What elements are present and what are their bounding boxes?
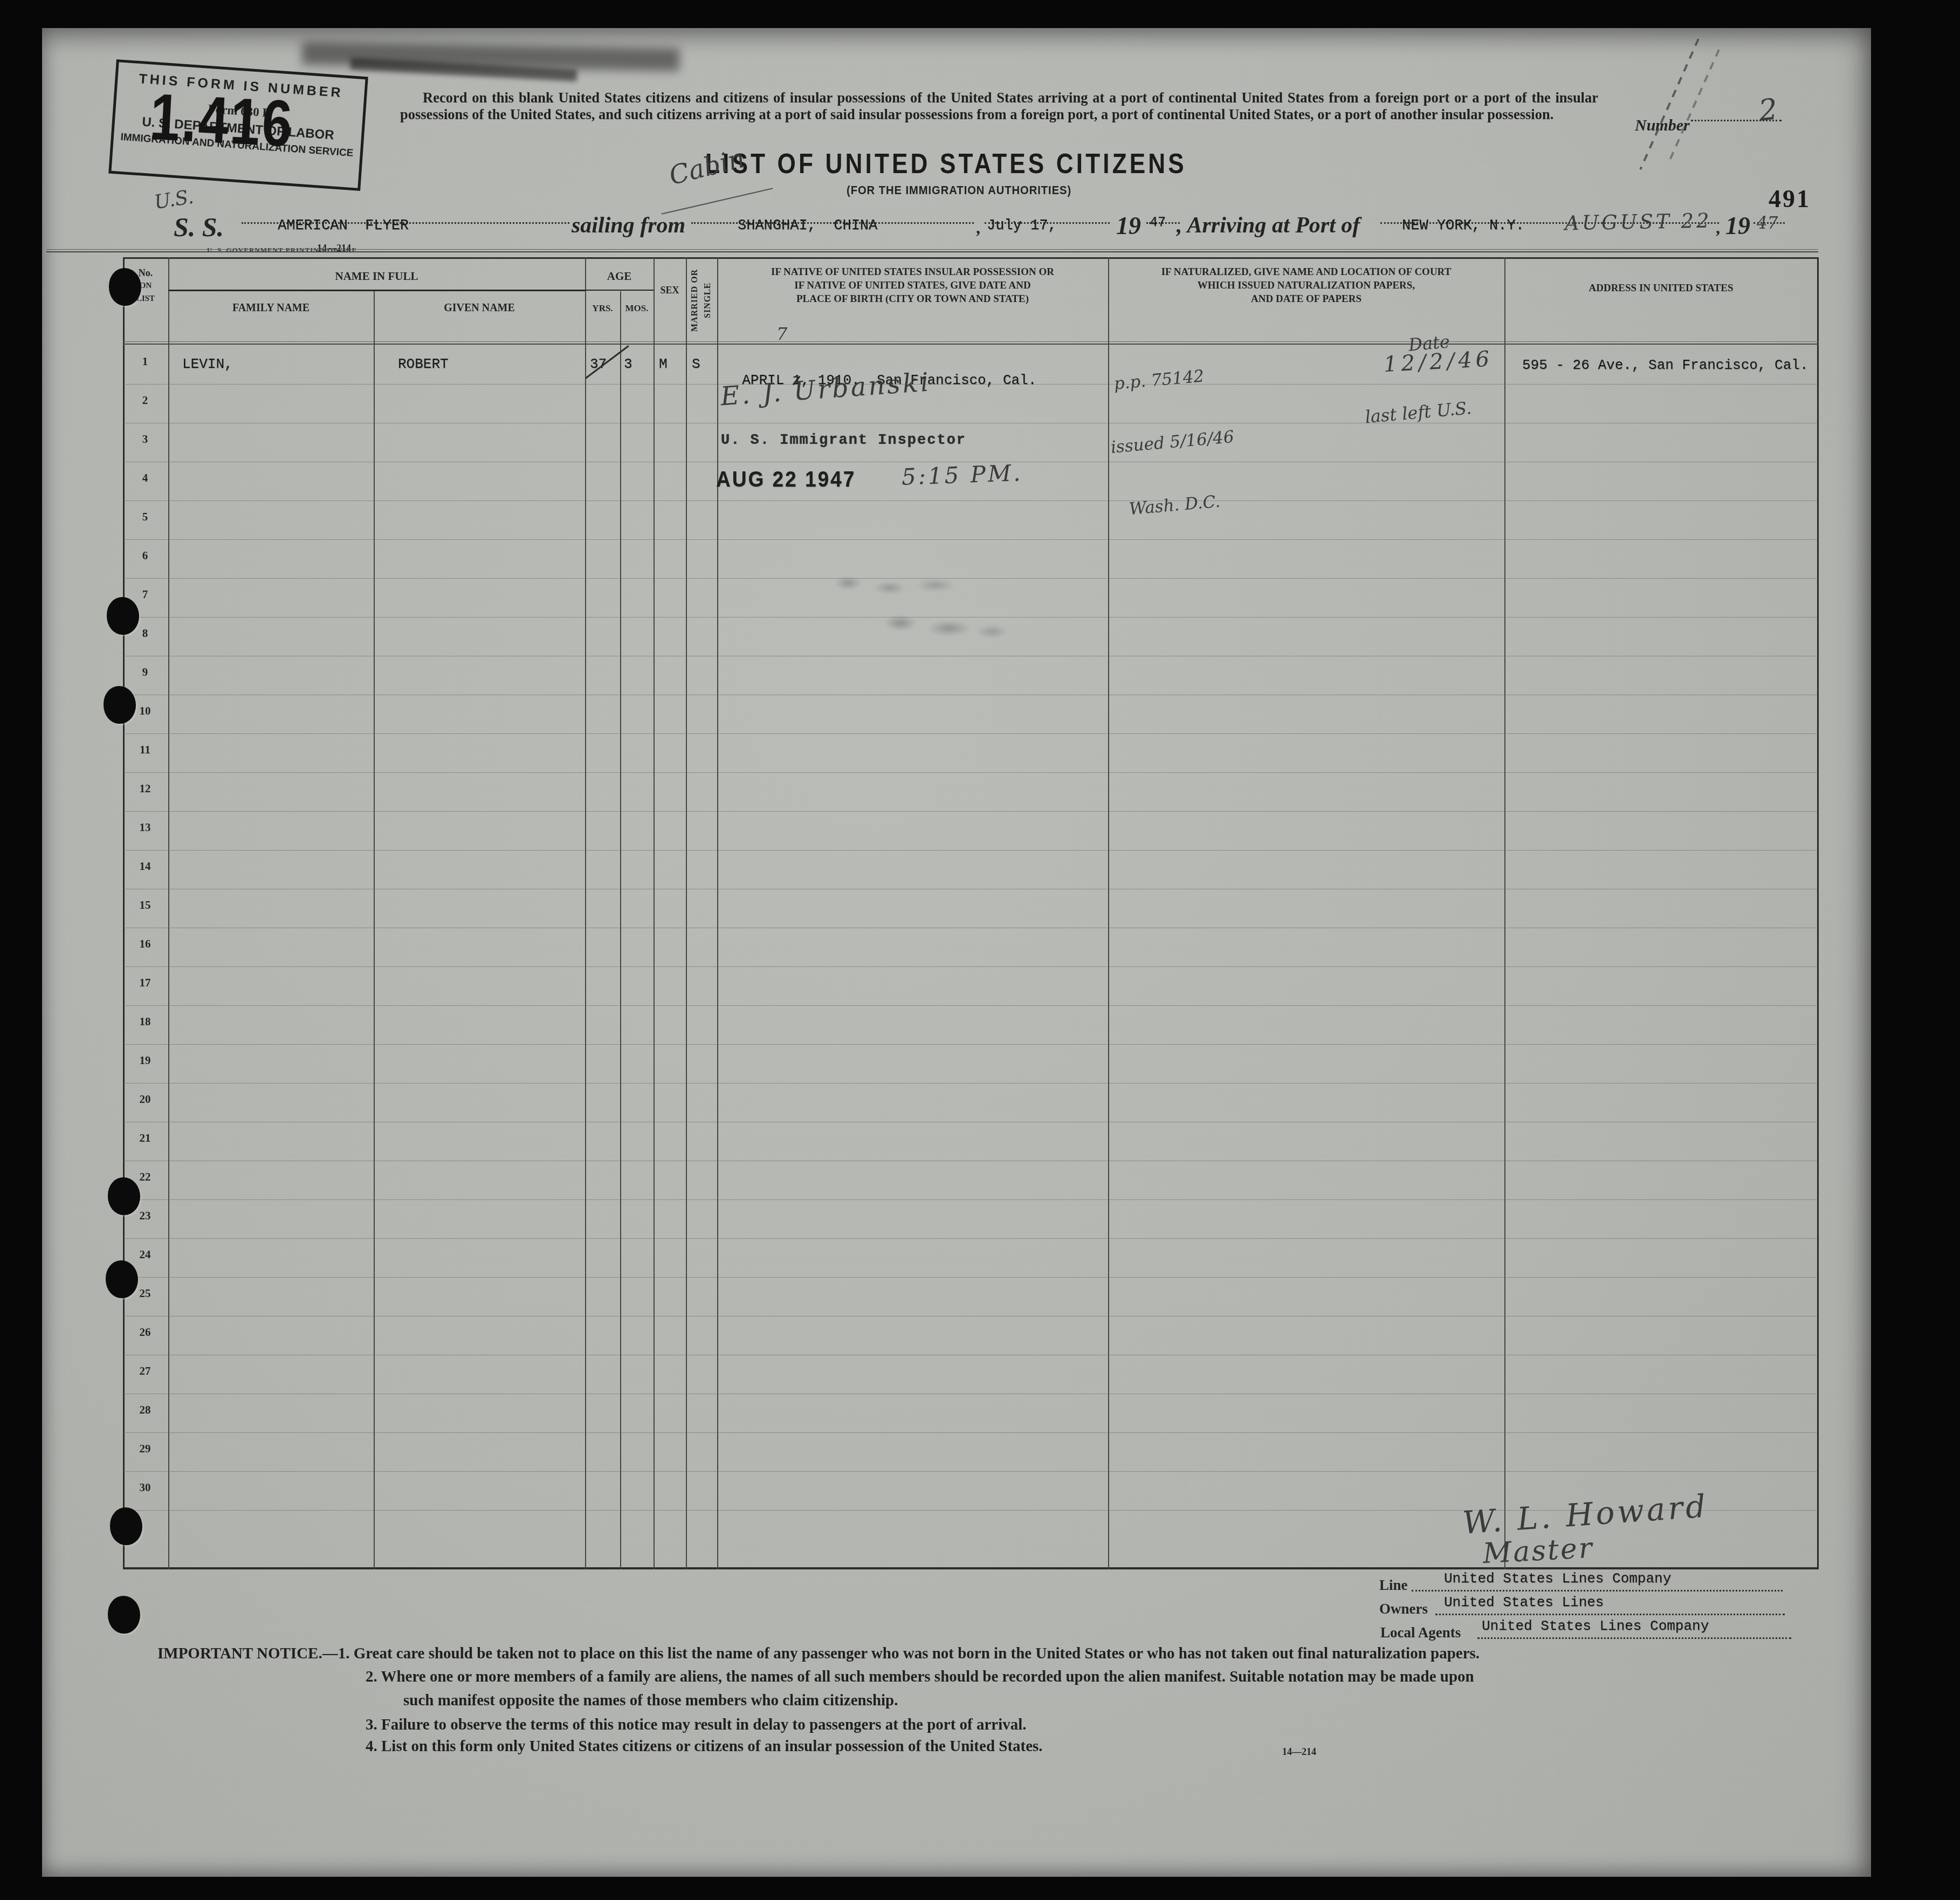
row-number: 19 xyxy=(128,1054,162,1067)
col-header-married-single: MARRIED OR SINGLE xyxy=(686,260,717,341)
departure-year: 47 xyxy=(1150,215,1166,230)
row-number: 30 xyxy=(128,1481,162,1494)
punch-hole xyxy=(106,1260,138,1298)
faint-stamp-residue xyxy=(884,615,917,631)
row1-family-name: LEVIN, xyxy=(182,356,233,372)
arrival-date-stamp: AUG 22 1947 xyxy=(716,467,856,491)
col-header-mos: MOS. xyxy=(620,303,654,314)
punch-hole xyxy=(109,268,141,306)
row-separator xyxy=(123,811,1818,812)
row-separator xyxy=(123,1161,1818,1161)
master-title: Master xyxy=(1482,1532,1594,1570)
col-header-family-name: FAMILY NAME xyxy=(168,302,374,314)
row-separator xyxy=(123,617,1818,618)
row-number: 21 xyxy=(128,1131,162,1145)
row-number: 2 xyxy=(128,394,162,407)
line-label: Line xyxy=(1379,1577,1408,1594)
col-line xyxy=(1108,257,1109,1569)
comma: , xyxy=(976,218,980,238)
punch-hole xyxy=(108,1177,140,1215)
row-number: 11 xyxy=(128,743,162,757)
row-number: 13 xyxy=(128,821,162,834)
row-number: 18 xyxy=(128,1015,162,1028)
col-header-yrs: YRS. xyxy=(585,303,620,314)
notice-line-1: IMPORTANT NOTICE.—1. Great care should b… xyxy=(157,1645,1480,1663)
passport-line3: Wash. D.C. xyxy=(1129,490,1241,520)
col-header-age: AGE xyxy=(585,270,654,283)
owners-blank xyxy=(1435,1614,1785,1615)
header-separator xyxy=(123,344,1819,345)
date-last-left-line2: last left U.S. xyxy=(1364,396,1473,428)
departure-year-prefix: 19 xyxy=(1116,211,1141,240)
row-number: 28 xyxy=(128,1403,162,1417)
table-border-bottom xyxy=(123,1567,1819,1569)
col-line xyxy=(585,257,586,1569)
faint-stamp-residue xyxy=(874,581,906,594)
local-agents-value: United States Lines Company xyxy=(1482,1618,1709,1634)
row-separator xyxy=(123,850,1818,850)
row-number: 4 xyxy=(128,471,162,485)
faint-stamp-residue xyxy=(917,578,954,592)
row-separator xyxy=(123,578,1818,579)
birth-header-line1: IF NATIVE OF UNITED STATES INSULAR POSSE… xyxy=(717,265,1108,279)
table-border-top xyxy=(123,257,1819,259)
arrival-time: 5:15 PM. xyxy=(901,459,1023,490)
ship-name: AMERICAN FLYER xyxy=(278,218,409,234)
inspector-title-stamp: U. S. Immigrant Inspector xyxy=(721,433,966,449)
col-line xyxy=(374,291,375,1569)
row-separator xyxy=(123,889,1818,889)
row-number: 6 xyxy=(128,549,162,563)
col-line xyxy=(1504,257,1505,1569)
row1-given-name: ROBERT xyxy=(398,356,449,372)
col-header-address: ADDRESS IN UNITED STATES xyxy=(1504,283,1818,294)
faint-stamp-residue xyxy=(976,625,1008,639)
row-number: 9 xyxy=(128,666,162,679)
page-title: LIST OF UNITED STATES CITIZENS xyxy=(705,148,1187,180)
departure-date: July 17, xyxy=(987,218,1057,234)
notice-line-4: 3. Failure to observe the terms of this … xyxy=(366,1716,1027,1734)
row-separator xyxy=(123,1122,1818,1122)
double-rule xyxy=(46,249,1818,250)
birth-header-line2: IF NATIVE OF UNITED STATES, GIVE DATE AN… xyxy=(717,279,1108,292)
arrival-year: 47 xyxy=(1757,214,1778,233)
notice-line-5: 4. List on this form only United States … xyxy=(366,1738,1043,1755)
arriving-label: , Arriving at Port of xyxy=(1177,212,1360,238)
number-value: 2 xyxy=(1757,92,1779,127)
row1-marital: S xyxy=(692,356,700,372)
local-agents-blank xyxy=(1477,1637,1791,1639)
single-label: SINGLE xyxy=(703,283,712,318)
row-separator xyxy=(123,1044,1818,1045)
birth-day-corrected: 7 xyxy=(776,324,787,344)
row-number: 16 xyxy=(128,937,162,951)
col-header-birth: IF NATIVE OF UNITED STATES INSULAR POSSE… xyxy=(717,265,1108,306)
row-separator xyxy=(123,1394,1818,1394)
punch-hole xyxy=(110,1507,142,1545)
row-separator xyxy=(123,423,1818,423)
col-line xyxy=(620,291,621,1569)
page-subtitle: (FOR THE IMMIGRATION AUTHORITIES) xyxy=(847,183,1071,197)
line-value: United States Lines Company xyxy=(1444,1570,1671,1587)
row-number: 26 xyxy=(128,1326,162,1339)
row-number: 14 xyxy=(128,860,162,873)
local-agents-label: Local Agents xyxy=(1380,1624,1461,1641)
col-header-name-in-full: NAME IN FULL xyxy=(168,270,585,283)
age-underline xyxy=(585,290,654,291)
arrival-port: NEW YORK, N.Y. xyxy=(1402,218,1524,234)
birth-header-line3: PLACE OF BIRTH (CITY OR TOWN AND STATE) xyxy=(717,292,1108,306)
passport-line1: p.p. 75142 xyxy=(1113,363,1229,394)
row-separator xyxy=(123,1199,1818,1200)
row-separator xyxy=(123,1432,1818,1433)
col-header-given-name: GIVEN NAME xyxy=(374,302,585,314)
row-number: 17 xyxy=(128,976,162,990)
passport-annotation: p.p. 75142 issued 5/16/46 Wash. D.C. xyxy=(1101,322,1242,542)
col-line xyxy=(717,257,718,1569)
col-header-sex: SEX xyxy=(654,285,686,296)
row-number: 24 xyxy=(128,1248,162,1261)
row-number: 27 xyxy=(128,1364,162,1378)
col-line xyxy=(654,257,655,1569)
row-separator xyxy=(123,1355,1818,1355)
row-separator xyxy=(123,539,1818,540)
notice-line-2: 2. Where one or more members of a family… xyxy=(366,1668,1474,1686)
punch-hole xyxy=(104,686,136,724)
intro-paragraph: Record on this blank United States citiz… xyxy=(400,90,1598,123)
table-border-left xyxy=(123,257,125,1569)
faint-stamp-residue xyxy=(927,620,971,636)
owners-label: Owners xyxy=(1379,1601,1428,1617)
notice-line-3: such manifest opposite the names of thos… xyxy=(403,1692,898,1710)
row-number: 5 xyxy=(128,510,162,524)
row-number: 20 xyxy=(128,1093,162,1106)
departure-port: SHANGHAI, CHINA xyxy=(738,218,877,234)
sailing-from-label: sailing from xyxy=(572,212,685,238)
punch-hole xyxy=(108,1596,140,1634)
row1-age-mos: 3 xyxy=(624,356,632,372)
name-underline xyxy=(168,290,585,291)
manifest-scan: { "colors": {"paper":"#b3b5b1","ink":"#1… xyxy=(0,0,1960,1900)
row-separator xyxy=(123,1005,1818,1006)
row1-address: 595 - 26 Ave., San Francisco, Cal. xyxy=(1522,357,1808,373)
row-separator xyxy=(123,966,1818,967)
row-number: 15 xyxy=(128,898,162,912)
double-rule xyxy=(46,251,1818,252)
owners-value: United States Lines xyxy=(1444,1594,1604,1610)
sheet-stamp: 491 xyxy=(1769,184,1811,213)
row-number: 3 xyxy=(128,433,162,446)
arrival-date: AUGUST 22 xyxy=(1565,209,1712,235)
row-number: 7 xyxy=(128,588,162,601)
row-number: 29 xyxy=(128,1442,162,1456)
stamp-big-number: 1.416 xyxy=(148,79,296,162)
row-number: 1 xyxy=(128,355,162,368)
row-separator xyxy=(123,1238,1818,1239)
row-separator xyxy=(123,500,1818,501)
arrival-year-prefix: 19 xyxy=(1725,211,1750,240)
faint-stamp-residue xyxy=(835,576,862,590)
row-separator xyxy=(123,695,1818,695)
arrival-comma: , xyxy=(1716,218,1720,238)
form-code-bottom: 14—214 xyxy=(1282,1746,1316,1758)
header-separator xyxy=(123,341,1819,342)
row-number: 12 xyxy=(128,782,162,795)
row-separator xyxy=(123,1277,1818,1278)
line-blank xyxy=(1412,1590,1783,1592)
col-line xyxy=(686,257,687,1569)
passport-line2: issued 5/16/46 xyxy=(1110,427,1235,458)
married-or-label: MARRIED OR xyxy=(690,269,699,332)
col-line xyxy=(168,257,169,1569)
row-separator xyxy=(123,928,1818,928)
ss-label: S. S. xyxy=(174,211,224,243)
table-border-right xyxy=(1817,257,1819,1569)
row-separator xyxy=(123,733,1818,734)
naturalized-header-line1: IF NATURALIZED, GIVE NAME AND LOCATION O… xyxy=(1108,265,1504,279)
row-separator xyxy=(123,772,1818,773)
row-separator xyxy=(123,1083,1818,1083)
row1-sex: M xyxy=(659,356,668,372)
punch-hole xyxy=(107,597,139,635)
row-separator xyxy=(123,656,1818,656)
row-separator xyxy=(123,1316,1818,1316)
row-separator xyxy=(123,1471,1818,1472)
